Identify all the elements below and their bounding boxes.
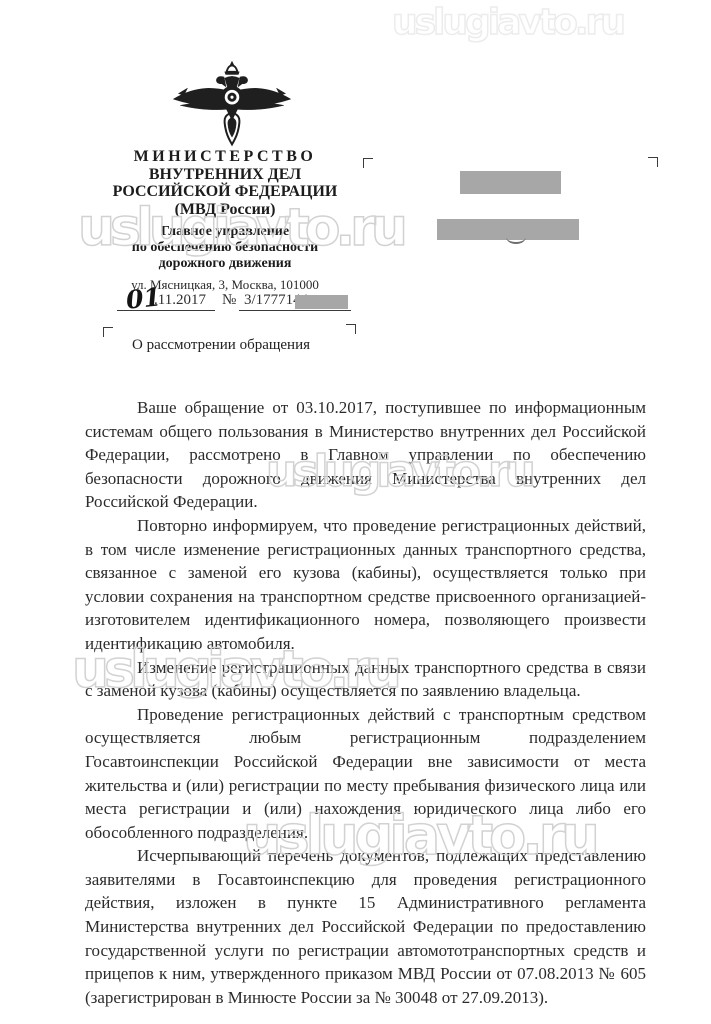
body-paragraph: Проведение регистрационных действий с тр… [85, 703, 646, 845]
watermark-top-right: uslugiavto.ru [392, 2, 623, 43]
mvd-double-headed-eagle-icon [173, 60, 291, 148]
number-sign: № [222, 292, 236, 309]
org-name-line: (МВД России) [85, 201, 365, 219]
corner-mark-icon [363, 158, 373, 168]
corner-mark-icon [346, 324, 356, 334]
department-block: Главное управление по обеспечению безопа… [85, 224, 365, 272]
handwriting-squiggle [506, 230, 526, 244]
letterhead: МИНИСТЕРСТВО ВНУТРЕННИХ ДЕЛ РОССИЙСКОЙ Ф… [85, 148, 365, 292]
org-name-line: МИНИСТЕРСТВО [85, 148, 365, 166]
department-line: Главное управление [85, 224, 365, 240]
handwritten-date-day: 01 [125, 282, 163, 314]
redaction-recipient-1 [460, 171, 561, 194]
subject-line: О рассмотрении обращения [85, 337, 357, 354]
redaction-number [295, 295, 348, 309]
corner-mark-icon [103, 327, 113, 337]
department-line: дорожного движения [85, 256, 365, 272]
corner-mark-icon [648, 157, 658, 167]
body-paragraph: Повторно информируем, что проведение рег… [85, 514, 646, 656]
department-line: по обеспечению безопасности [85, 240, 365, 256]
org-name-line: РОССИЙСКОЙ ФЕДЕРАЦИИ [85, 183, 365, 201]
body-paragraph: Исчерпывающий перечень документов, подле… [85, 844, 646, 1009]
letter-page: uslugiavto.ru uslugiavto.ru uslugiavto.r… [0, 0, 711, 1024]
letter-body: Ваше обращение от 03.10.2017, поступивше… [85, 396, 646, 1009]
body-paragraph: Ваше обращение от 03.10.2017, поступивше… [85, 396, 646, 514]
org-name-line: ВНУТРЕННИХ ДЕЛ [85, 166, 365, 184]
body-paragraph: Изменение регистрационных данных транспо… [85, 656, 646, 703]
